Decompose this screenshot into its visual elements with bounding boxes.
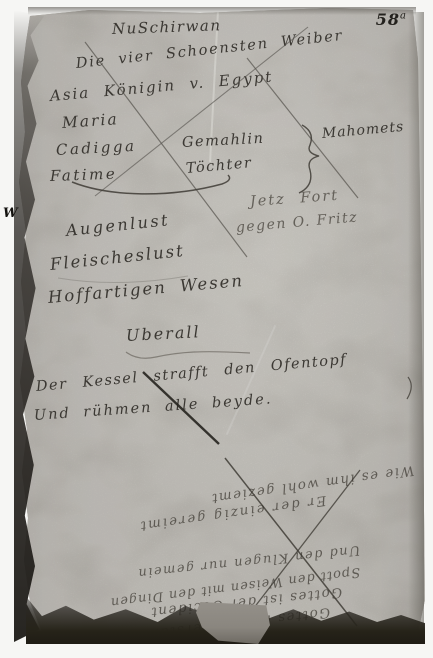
title-line: NuSchirwan: [112, 16, 222, 38]
page-top-edge: [28, 7, 416, 15]
upside-down-text-block: Gottes ist der Verstand Gottes ist der O…: [86, 450, 418, 630]
margin-ink-mark: W: [3, 206, 18, 221]
page-right-edge: [408, 12, 424, 632]
manuscript-photo: 58a NuSchirwan Die vier Schoensten Weibe…: [0, 0, 433, 658]
name-fatime: Fatime: [50, 165, 118, 185]
vice-uberall: Uberall: [126, 322, 202, 345]
